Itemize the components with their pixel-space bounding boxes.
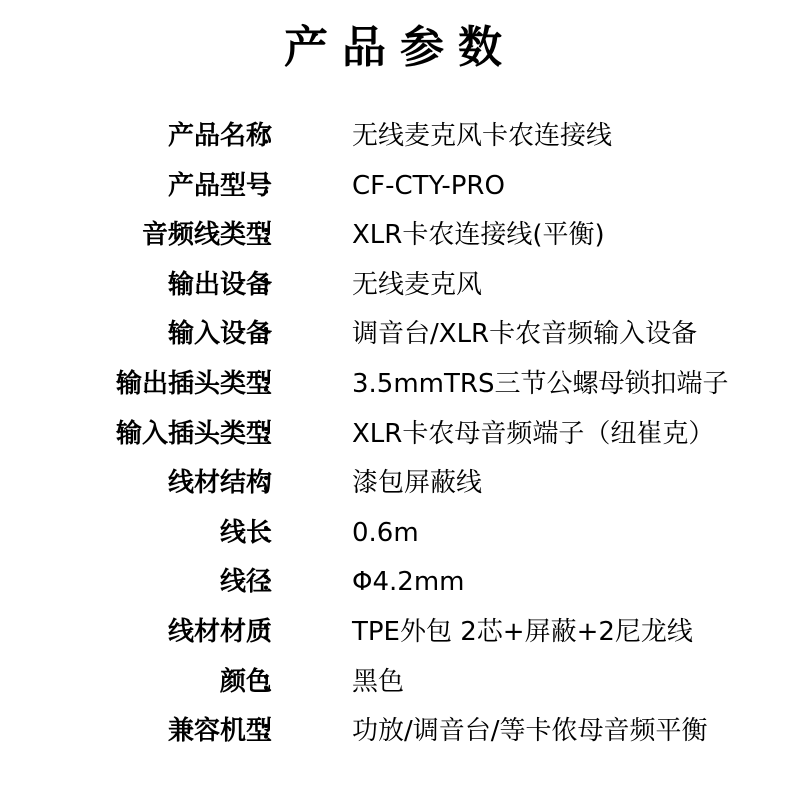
- spec-value: 无线麦克风: [352, 262, 482, 308]
- spec-row-cable-structure: 线材结构 ： 漆包屏蔽线: [0, 460, 800, 510]
- spec-row-compatibility: 兼容机型 ： 功放/调音台/等卡侬母音频平衡: [0, 708, 800, 758]
- spec-label: 兼容机型: [168, 708, 272, 754]
- spec-label: 音频线类型: [142, 212, 272, 258]
- spec-label: 输入插头类型: [116, 411, 272, 457]
- spec-row-output-plug: 输出插头类型 ： 3.5mmTRS三节公螺母锁扣端子: [0, 361, 800, 411]
- spec-value: 功放/调音台/等卡侬母音频平衡: [352, 708, 708, 754]
- spec-row-product-name: 产品名称 ： 无线麦克风卡农连接线: [0, 113, 800, 163]
- spec-value: XLR卡农母音频端子（纽崔克）: [352, 411, 714, 457]
- spec-row-length: 线长 ： 0.6m: [0, 510, 800, 560]
- spec-colon: ：: [260, 411, 286, 457]
- spec-value: 黑色: [352, 659, 404, 705]
- spec-colon: ：: [260, 262, 286, 308]
- spec-value: XLR卡农连接线(平衡): [352, 212, 605, 258]
- spec-value: 3.5mmTRS三节公螺母锁扣端子: [352, 361, 728, 407]
- spec-label: 输出插头类型: [116, 361, 272, 407]
- spec-colon: ：: [260, 708, 286, 754]
- spec-colon: ：: [260, 163, 286, 209]
- spec-row-diameter: 线径 ： Φ4.2mm: [0, 559, 800, 609]
- spec-label: 线材结构: [168, 460, 272, 506]
- spec-label: 输入设备: [168, 311, 272, 357]
- spec-value: TPE外包 2芯+屏蔽+2尼龙线: [352, 609, 693, 655]
- spec-colon: ：: [260, 361, 286, 407]
- spec-colon: ：: [260, 460, 286, 506]
- page-title: 产品参数: [0, 18, 800, 78]
- spec-value: CF-CTY-PRO: [352, 163, 505, 209]
- spec-value: 无线麦克风卡农连接线: [352, 113, 612, 159]
- spec-colon: ：: [260, 559, 286, 605]
- spec-row-cable-type: 音频线类型 ： XLR卡农连接线(平衡): [0, 212, 800, 262]
- spec-colon: ：: [260, 609, 286, 655]
- spec-label: 线材材质: [168, 609, 272, 655]
- spec-row-output-device: 输出设备 ： 无线麦克风: [0, 262, 800, 312]
- spec-colon: ：: [260, 510, 286, 556]
- spec-row-model: 产品型号 ： CF-CTY-PRO: [0, 163, 800, 213]
- spec-colon: ：: [260, 311, 286, 357]
- spec-label: 产品型号: [168, 163, 272, 209]
- spec-value: 调音台/XLR卡农音频输入设备: [352, 311, 697, 357]
- spec-value: 0.6m: [352, 510, 419, 556]
- spec-row-input-plug: 输入插头类型 ： XLR卡农母音频端子（纽崔克）: [0, 411, 800, 461]
- spec-table: 产品名称 ： 无线麦克风卡农连接线 产品型号 ： CF-CTY-PRO 音频线类…: [0, 113, 800, 758]
- spec-colon: ：: [260, 659, 286, 705]
- spec-colon: ：: [260, 212, 286, 258]
- spec-value: Φ4.2mm: [352, 559, 464, 605]
- spec-row-input-device: 输入设备 ： 调音台/XLR卡农音频输入设备: [0, 311, 800, 361]
- spec-row-color: 颜色 ： 黑色: [0, 659, 800, 709]
- spec-label: 产品名称: [168, 113, 272, 159]
- spec-value: 漆包屏蔽线: [352, 460, 482, 506]
- spec-label: 输出设备: [168, 262, 272, 308]
- spec-row-material: 线材材质 ： TPE外包 2芯+屏蔽+2尼龙线: [0, 609, 800, 659]
- spec-colon: ：: [260, 113, 286, 159]
